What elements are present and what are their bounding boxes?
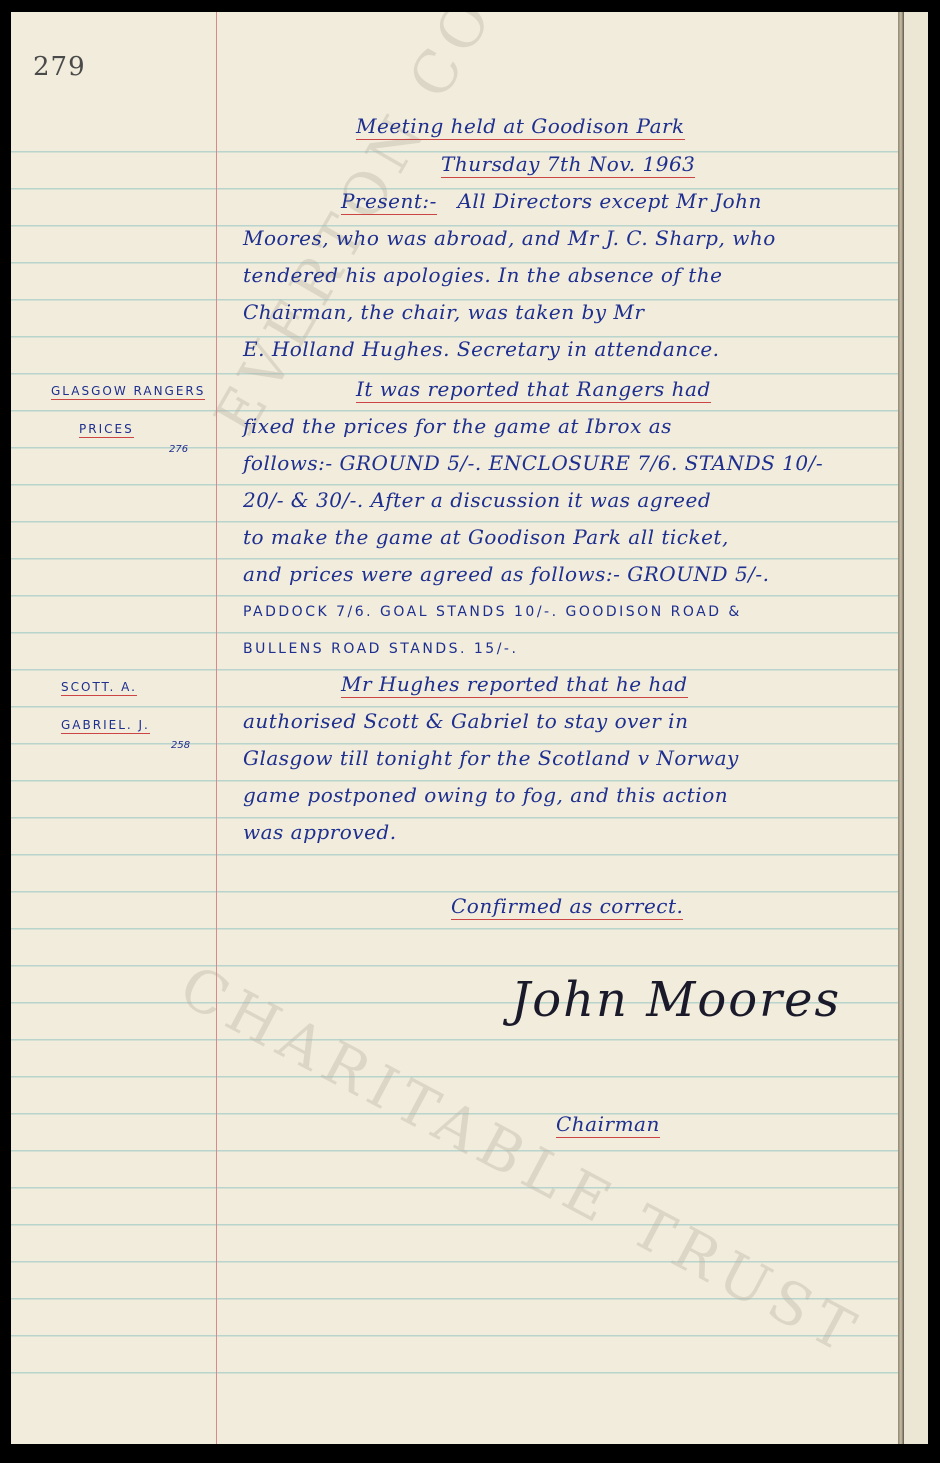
chairman-signature: John Moores	[511, 972, 841, 1028]
next-page-edge	[904, 12, 928, 1444]
scott-line-1: Mr Hughes reported that he had	[341, 672, 688, 698]
ledger-page: 279 EVERTON COLLECTION CHARITABLE TRUST …	[11, 12, 901, 1444]
present-line-3: tendered his apologies. In the absence o…	[243, 263, 722, 287]
page-number: 279	[33, 52, 86, 82]
present-line-2: Moores, who was abroad, and Mr J. C. Sha…	[243, 226, 776, 250]
rangers-line-4: 20/- & 30/-. After a discussion it was a…	[243, 488, 711, 512]
margin-note-prices: PRICES	[79, 422, 134, 438]
scott-line-3: Glasgow till tonight for the Scotland v …	[243, 746, 739, 770]
margin-note-glasgow-rangers: GLASGOW RANGERS	[51, 384, 205, 400]
rangers-line-2: fixed the prices for the game at Ibrox a…	[243, 414, 672, 438]
margin-ref-258: 258	[171, 740, 190, 751]
margin-note-gabriel: GABRIEL. J.	[61, 718, 150, 734]
rangers-line-5: to make the game at Goodison Park all ti…	[243, 525, 729, 549]
present-line-1: Present:- All Directors except Mr John	[341, 189, 762, 213]
scott-line-5: was approved.	[243, 820, 397, 844]
meeting-heading: Meeting held at Goodison Park	[356, 114, 685, 140]
present-line-4: Chairman, the chair, was taken by Mr	[243, 300, 644, 324]
rangers-line-1: It was reported that Rangers had	[356, 377, 711, 403]
rangers-line-8: BULLENS ROAD STANDS. 15/-.	[243, 641, 518, 657]
present-line-5: E. Holland Hughes. Secretary in attendan…	[243, 337, 720, 361]
confirmed-as-correct: Confirmed as correct.	[451, 894, 683, 920]
meeting-date: Thursday 7th Nov. 1963	[441, 152, 695, 178]
margin-note-scott: SCOTT. A.	[61, 680, 137, 696]
rangers-line-3: follows:- GROUND 5/-. ENCLOSURE 7/6. STA…	[243, 451, 823, 475]
rangers-line-6: and prices were agreed as follows:- GROU…	[243, 562, 770, 586]
margin-line	[216, 12, 217, 1444]
chairman-label: Chairman	[556, 1112, 660, 1138]
scott-line-4: game postponed owing to fog, and this ac…	[243, 783, 728, 807]
margin-ref-276: 276	[169, 444, 188, 455]
scott-line-2: authorised Scott & Gabriel to stay over …	[243, 709, 688, 733]
rangers-line-7: PADDOCK 7/6. GOAL STANDS 10/-. GOODISON …	[243, 604, 742, 620]
